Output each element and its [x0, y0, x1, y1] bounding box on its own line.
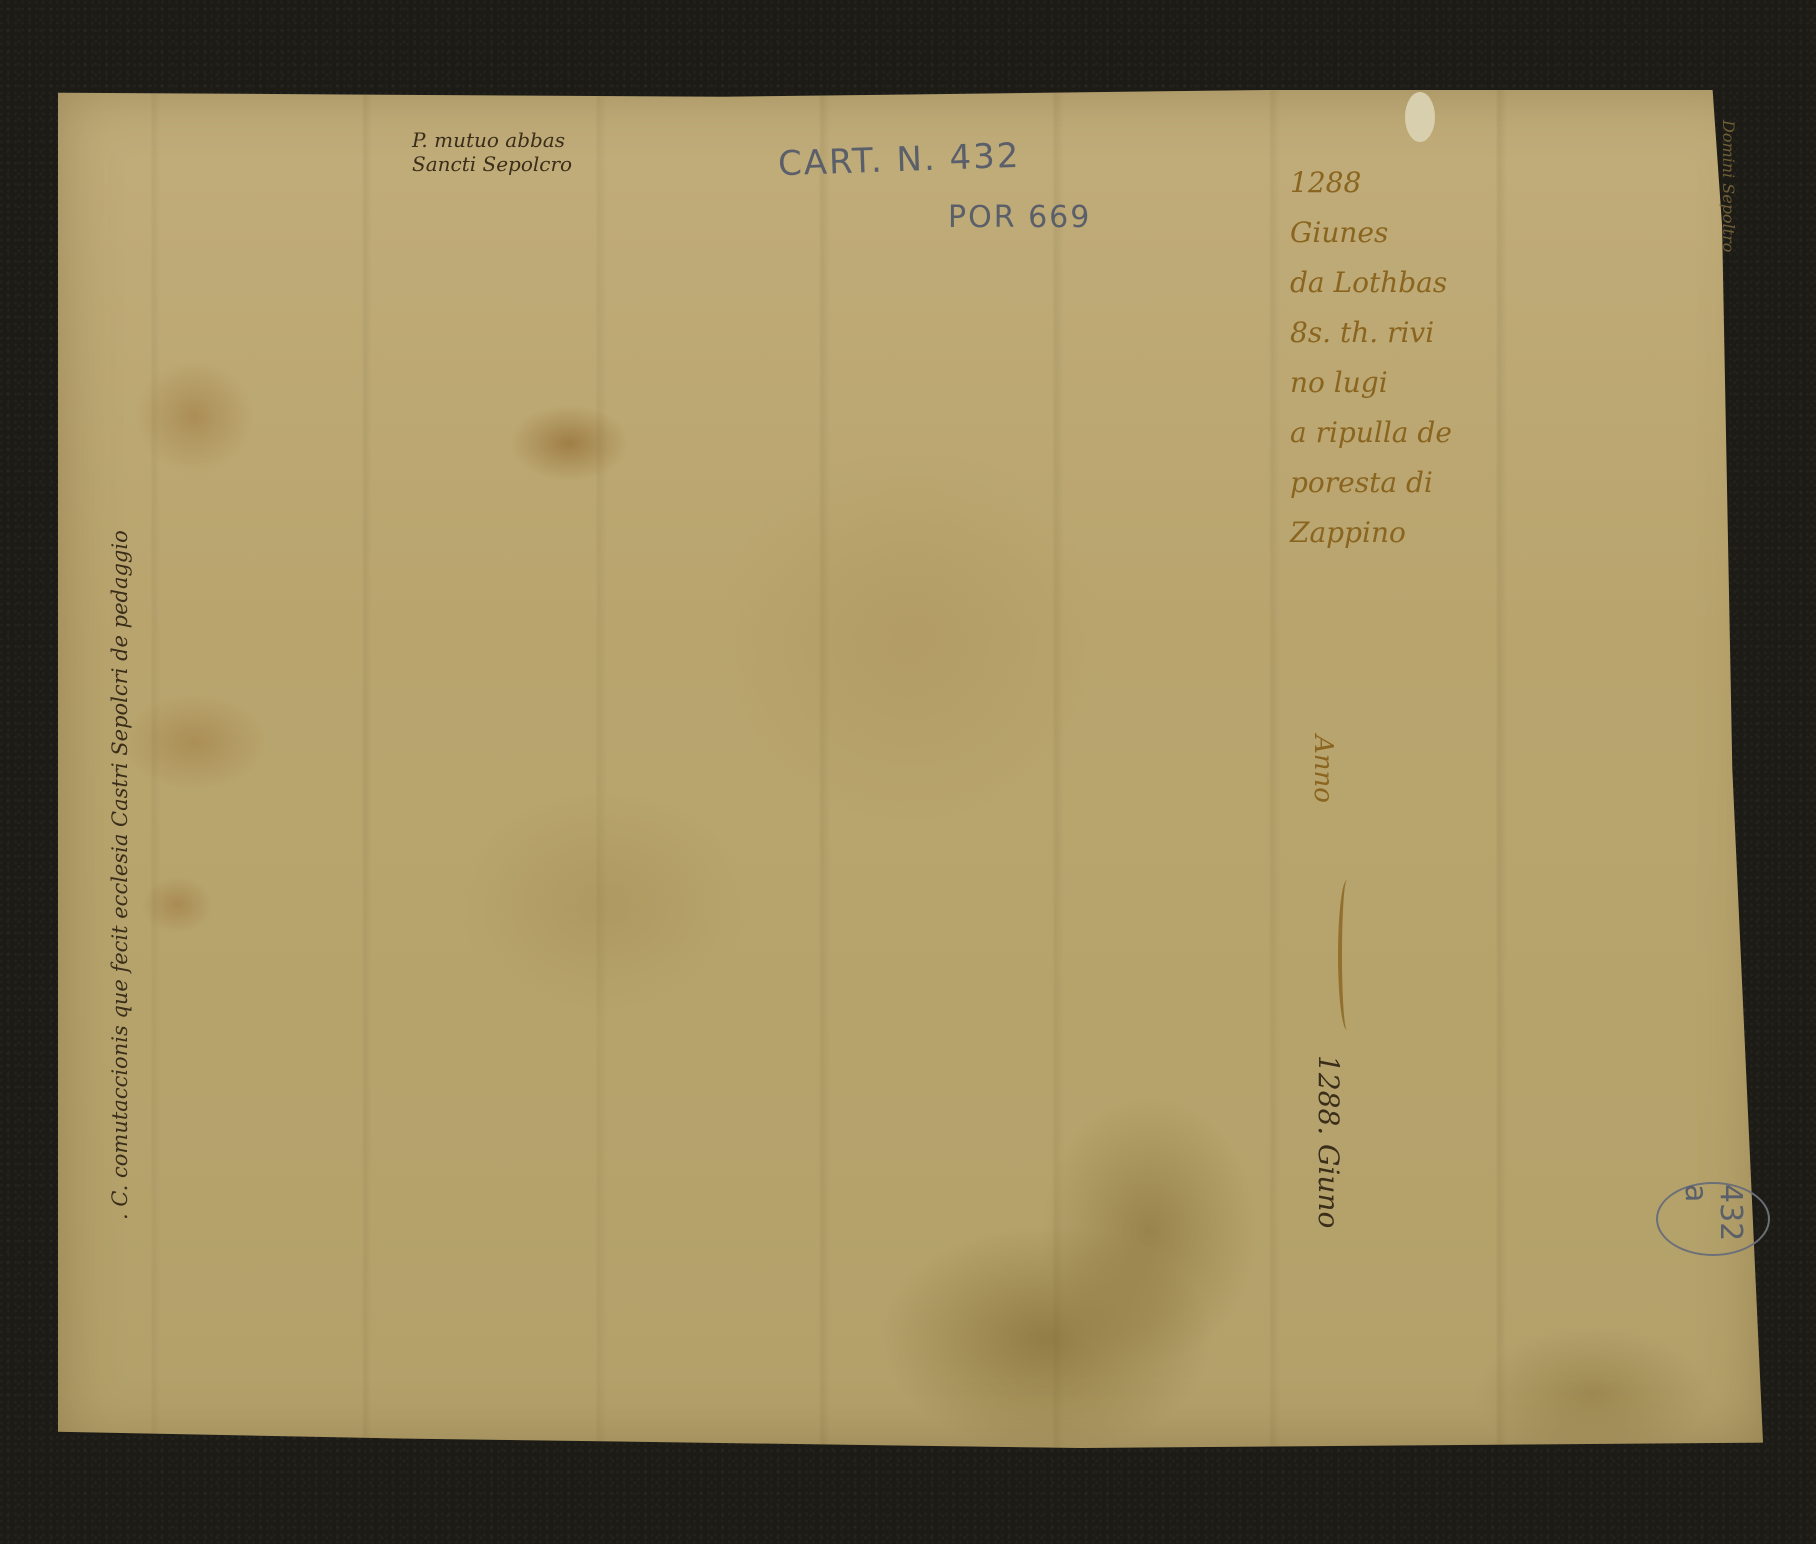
- archive-number: 432 a: [1678, 1184, 1748, 1254]
- summary-line-year: 1288: [1290, 158, 1452, 208]
- summary-line: no lugi: [1290, 358, 1452, 408]
- top-left-note-line: Sancti Sepolcro: [412, 152, 572, 176]
- summary-line: Zappino: [1290, 508, 1452, 558]
- left-vertical-text: . C. comutaccionis que fecit ecclesia Ca…: [108, 530, 132, 1220]
- top-left-note-line: P. mutuo abbas: [412, 128, 572, 152]
- summary-line: a ripulla de: [1290, 408, 1452, 458]
- right-vertical-date: 1288. Giuno: [1312, 1055, 1345, 1228]
- right-vertical-annotation: Anno: [1308, 735, 1338, 803]
- summary-line: 8s. th. rivi: [1290, 308, 1452, 358]
- ink-flourish: [1338, 880, 1356, 1030]
- summary-line: da Lothbas: [1290, 258, 1452, 308]
- shelfmark-por: POR 669: [948, 200, 1091, 235]
- parchment-tear: [1405, 92, 1435, 142]
- parchment-sheet: [58, 90, 1763, 1448]
- summary-block: 1288 Giunes da Lothbas 8s. th. rivi no l…: [1290, 158, 1452, 558]
- top-left-note: P. mutuo abbas Sancti Sepolcro: [412, 128, 572, 176]
- archive-number-stamp: 432 a: [1656, 1182, 1770, 1256]
- summary-line: Giunes: [1290, 208, 1452, 258]
- summary-line: poresta di: [1290, 458, 1452, 508]
- edge-vertical-text: Domini Sepoltro: [1719, 120, 1738, 252]
- shelfmark-cart: CART. N. 432: [777, 136, 1021, 184]
